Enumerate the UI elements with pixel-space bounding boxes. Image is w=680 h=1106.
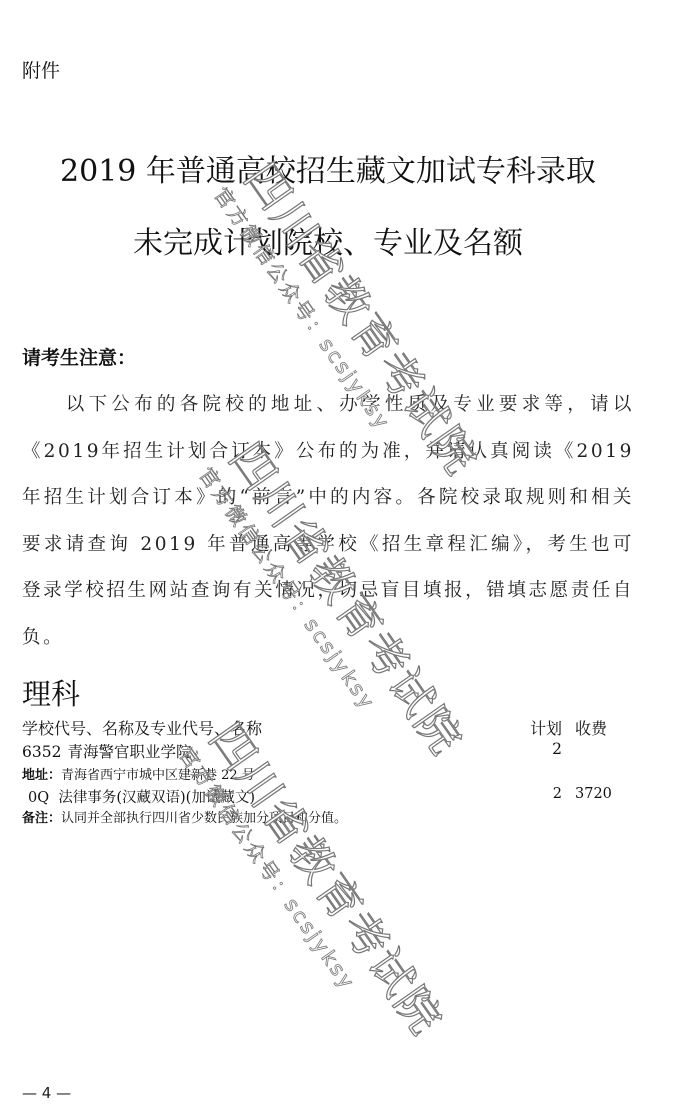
major-name: 法律事务(汉藏双语)(加试藏文) bbox=[58, 790, 255, 806]
school-code: 6352 bbox=[22, 743, 61, 761]
address-value: 青海省西宁市城中区建新巷 22 号 bbox=[61, 768, 255, 783]
major-plan: 2 bbox=[512, 786, 562, 802]
major-row: 0Q 法律事务(汉藏双语)(加试藏文) 2 3720 bbox=[22, 786, 642, 808]
header-name: 学校代号、名称及专业代号、名称 bbox=[22, 716, 262, 739]
remark-value: 认同并全部执行四川省少数民族加分项目和分值。 bbox=[61, 811, 347, 826]
school-cell: 6352青海警官职业学院 bbox=[22, 740, 191, 762]
major-code: 0Q bbox=[28, 790, 49, 806]
school-name: 青海警官职业学院 bbox=[67, 743, 191, 761]
page-number: — 4 — bbox=[22, 1084, 71, 1102]
remark-cell: 备注：认同并全部执行四川省少数民族加分项目和分值。 bbox=[22, 807, 347, 826]
remark-label: 备注： bbox=[22, 811, 61, 826]
notice-paragraph: 以下公布的各院校的地址、办学性质及专业要求等，请以《2019年招生计划合订本》公… bbox=[22, 382, 634, 661]
address-label: 地址： bbox=[22, 768, 61, 783]
notice-heading: 请考生注意： bbox=[22, 343, 136, 370]
document-title-line2: 未完成计划院校、专业及名额 bbox=[0, 218, 668, 262]
major-fee: 3720 bbox=[575, 786, 612, 802]
remark-row: 备注：认同并全部执行四川省少数民族加分项目和分值。 bbox=[22, 807, 642, 829]
header-fee: 收费 bbox=[575, 716, 607, 739]
section-title: 理科 bbox=[22, 672, 80, 713]
major-cell: 0Q 法律事务(汉藏双语)(加试藏文) bbox=[28, 786, 255, 807]
school-plan: 2 bbox=[512, 740, 562, 758]
header-plan: 计划 bbox=[512, 716, 562, 739]
school-row: 6352青海警官职业学院 2 bbox=[22, 740, 642, 762]
school-address-row: 地址：青海省西宁市城中区建新巷 22 号 bbox=[22, 764, 642, 786]
notice-body: 以下公布的各院校的地址、办学性质及专业要求等，请以《2019年招生计划合订本》公… bbox=[22, 394, 634, 648]
address-cell: 地址：青海省西宁市城中区建新巷 22 号 bbox=[22, 764, 255, 783]
table-header: 学校代号、名称及专业代号、名称 计划 收费 bbox=[22, 716, 642, 738]
attachment-label: 附件 bbox=[22, 56, 60, 83]
document-title-line1: 2019 年普通高校招生藏文加试专科录取 bbox=[0, 146, 668, 190]
